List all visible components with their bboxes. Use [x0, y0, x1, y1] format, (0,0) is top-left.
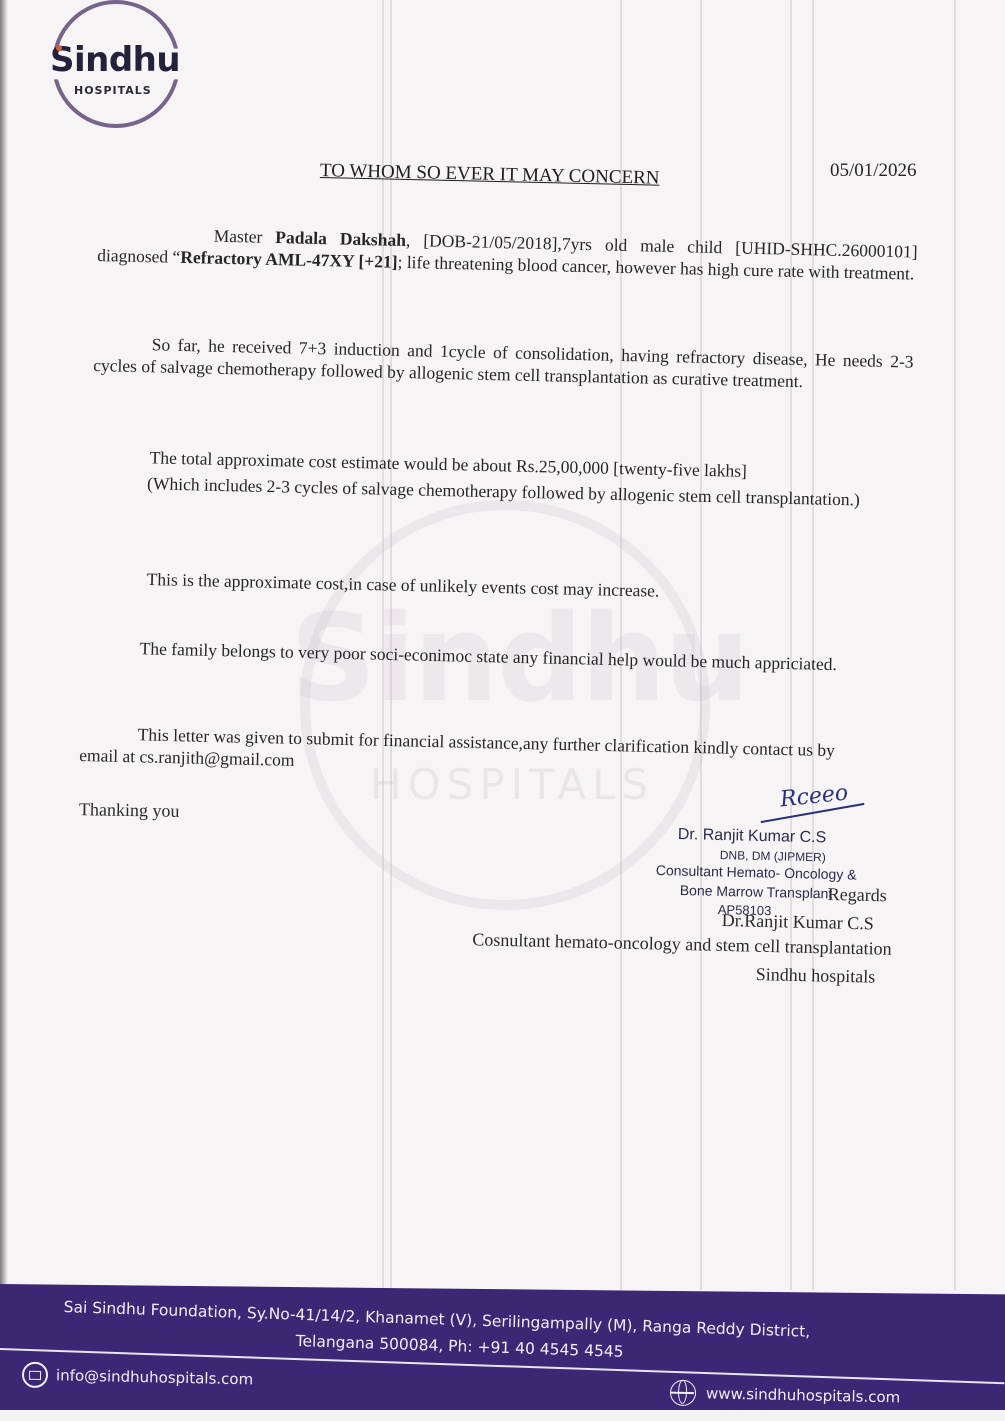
mail-icon	[22, 1362, 49, 1389]
stamp-role-2: Bone Marrow Transplant	[680, 882, 833, 901]
scan-edge	[0, 0, 8, 1421]
p6-text: This letter was given to submit for fina…	[79, 724, 835, 770]
letter-date: 05/01/2026	[830, 160, 917, 182]
patient-name: Padala Dakshah	[275, 227, 406, 250]
stamp-role-1: Consultant Hemato- Oncology &	[656, 862, 857, 883]
diagnosis: Refractory AML-47XY [+21]	[180, 247, 398, 272]
footer-email[interactable]: info@sindhuhospitals.com	[22, 1362, 254, 1393]
paragraph-patient-info: Master Padala Dakshah, [DOB-21/05/2018],…	[97, 222, 918, 285]
letter-title: TO WHOM SO EVER IT MAY CONCERN	[320, 160, 660, 190]
signoff-organization: Sindhu hospitals	[756, 964, 876, 988]
closing: Thanking you	[79, 799, 180, 822]
paragraph-cost: The total approximate cost estimate woul…	[89, 445, 910, 512]
regards: Regards	[828, 884, 887, 906]
fold-line	[954, 0, 956, 1290]
p1-prefix: Master	[213, 226, 275, 247]
letter-page: Sindhu HOSPITALS Sindhu HOSPITALS TO WHO…	[0, 0, 1005, 1421]
globe-icon	[670, 1380, 697, 1407]
stamp-name: Dr. Ranjit Kumar C.S	[678, 826, 827, 847]
fold-line	[812, 0, 814, 1290]
fold-line	[790, 0, 792, 1290]
footer-website[interactable]: www.sindhuhospitals.com	[670, 1380, 901, 1411]
logo-name: Sindhu	[50, 40, 180, 80]
paragraph-contact: This letter was given to submit for fina…	[79, 722, 850, 783]
stamp-degrees: DNB, DM (JIPMER)	[720, 848, 826, 864]
logo-subtitle: HOSPITALS	[74, 84, 152, 97]
signoff-name: Dr.Ranjit Kumar C.S	[722, 910, 874, 934]
footer-email-text[interactable]: info@sindhuhospitals.com	[56, 1366, 254, 1388]
footer-website-text[interactable]: www.sindhuhospitals.com	[706, 1384, 901, 1406]
scan-bottom-edge	[0, 1410, 1005, 1421]
logo-dot	[56, 45, 62, 51]
